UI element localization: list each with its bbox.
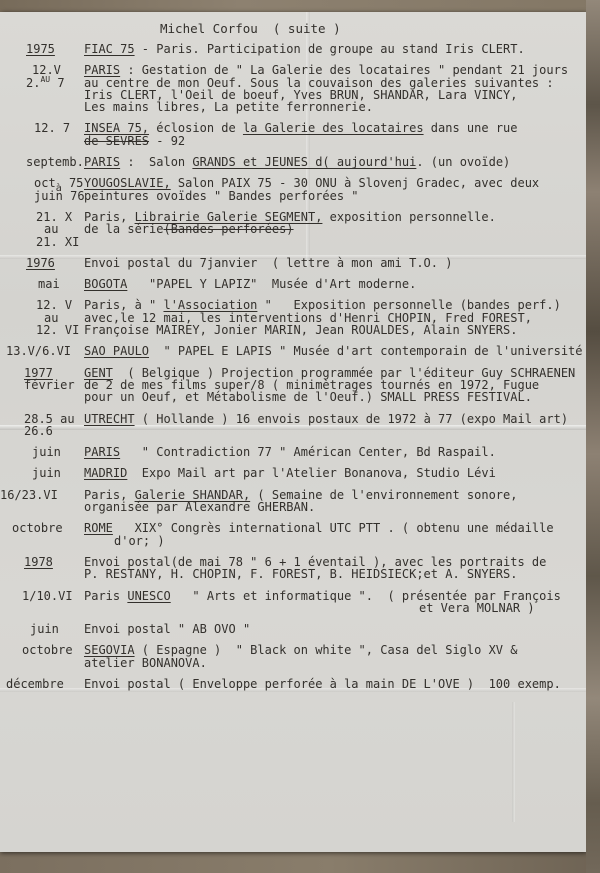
entry-content-line: UTRECHT ( Hollande ) 16 envois postaux d… bbox=[84, 413, 586, 425]
text-segment: Expo Mail art par l'Atelier Bonanova, St… bbox=[127, 466, 495, 480]
text-segment: organisée par Alexandre GHERBAN. bbox=[84, 500, 315, 514]
entry-date-line: 2.AU 7 bbox=[0, 77, 84, 89]
entry-content-column: Envoi postal(de mai 78 " 6 + 1 éventail … bbox=[84, 556, 586, 581]
entry-date-column: octobre bbox=[0, 644, 84, 669]
entry-content-line: atelier BONANOVA. bbox=[84, 657, 586, 669]
text-segment: SAO PAULO bbox=[84, 344, 149, 358]
text-segment: 13.V/6.VI bbox=[6, 344, 71, 358]
entry-content-column: Paris, Galerie SHANDAR, ( Semaine de l'e… bbox=[84, 489, 586, 514]
entry-date-column: 1976 bbox=[0, 257, 84, 269]
entry-content-column: SEGOVIA ( Espagne ) " Black on white ", … bbox=[84, 644, 586, 669]
text-segment: P. RESTANY, H. CHOPIN, F. FOREST, B. HEI… bbox=[84, 567, 517, 581]
entry-date-column: juin bbox=[0, 446, 84, 458]
entry-date-column: décembre bbox=[0, 678, 84, 690]
entry-date-column: 16/23.VI bbox=[0, 489, 84, 514]
entry-date-line: mai bbox=[0, 278, 84, 290]
entry-date-line: septemb. bbox=[0, 156, 84, 168]
text-segment: juin bbox=[32, 466, 61, 480]
chronology-entry: octobreROME XIX° Congrès international U… bbox=[0, 522, 586, 547]
entry-content-column: Envoi postal ( Enveloppe perforée à la m… bbox=[84, 678, 586, 690]
entry-content-line: pour un Oeuf, et Métabolisme de l'Oeuf.)… bbox=[84, 391, 586, 403]
entry-content-column: BOGOTA "PAPEL Y LAPIZ" Musée d'Art moder… bbox=[84, 278, 586, 290]
entry-date-column: 12. Vau12. VI bbox=[0, 299, 84, 336]
entry-content-column: SAO PAULO " PAPEL E LAPIS " Musée d'art … bbox=[84, 345, 586, 357]
text-segment: 1975 bbox=[26, 42, 55, 56]
chronology-entry: 1975FIAC 75 - Paris. Participation de gr… bbox=[0, 43, 586, 55]
chronology-entry: octà 75juin 76YOUGOSLAVIE, Salon PAIX 75… bbox=[0, 177, 586, 202]
text-segment: mai bbox=[38, 277, 60, 291]
text-segment: GRANDS et JEUNES d( aujourd'hui bbox=[192, 155, 416, 169]
entries-list: 1975FIAC 75 - Paris. Participation de gr… bbox=[0, 43, 586, 699]
text-segment: de SEVRES bbox=[84, 134, 149, 148]
text-segment: BOGOTA bbox=[84, 277, 127, 291]
entry-content-line: Envoi postal " AB OVO " bbox=[84, 623, 586, 635]
text-segment: juin bbox=[32, 445, 61, 459]
entry-date-line: octobre bbox=[0, 644, 84, 656]
entry-content-line: PARIS " Contradiction 77 " Américan Cent… bbox=[84, 446, 586, 458]
text-segment: PARIS bbox=[84, 445, 120, 459]
entry-date-line: juin bbox=[0, 446, 84, 458]
text-segment: exposition personnelle. bbox=[322, 210, 495, 224]
text-segment: 1978 bbox=[24, 555, 53, 569]
chronology-entry: 12. Vau12. VIParis, à " l'Association " … bbox=[0, 299, 586, 336]
text-segment: 21. XI bbox=[36, 235, 79, 249]
entry-date-line: 16/23.VI bbox=[0, 489, 84, 501]
entry-date-line: 13.V/6.VI bbox=[0, 345, 84, 357]
entry-content-line: SAO PAULO " PAPEL E LAPIS " Musée d'art … bbox=[84, 345, 586, 357]
entry-date-line: 1976 bbox=[0, 257, 84, 269]
entry-date-line: 1975 bbox=[0, 43, 84, 55]
entry-date-line: juin 76 bbox=[0, 190, 84, 202]
entry-date-column: septemb. bbox=[0, 156, 84, 168]
text-segment: ROME bbox=[84, 521, 113, 535]
text-segment: et Vera MOLNAR ) bbox=[419, 601, 535, 615]
entry-content-column: GENT ( Belgique ) Projection programmée … bbox=[84, 367, 586, 404]
text-segment: 16/23.VI bbox=[0, 488, 58, 502]
entry-date-column: 12.V2.AU 7 bbox=[0, 64, 84, 113]
entry-content-column: YOUGOSLAVIE, Salon PAIX 75 - 30 ONU à Sl… bbox=[84, 177, 586, 202]
text-segment: Françoise MAIREY, Jonier MARIN, Jean ROU… bbox=[84, 323, 517, 337]
entry-content-line: P. RESTANY, H. CHOPIN, F. FOREST, B. HEI… bbox=[84, 568, 586, 580]
text-segment: octobre bbox=[12, 521, 63, 535]
entry-content-line: et Vera MOLNAR ) bbox=[84, 602, 586, 614]
entry-date-column: 21. Xau21. XI bbox=[0, 211, 84, 248]
entry-content-column: Paris, Librairie Galerie SEGMENT, exposi… bbox=[84, 211, 586, 248]
text-segment: dans une rue bbox=[424, 121, 518, 135]
chronology-entry: octobreSEGOVIA ( Espagne ) " Black on wh… bbox=[0, 644, 586, 669]
entry-content-line: Envoi postal du 7janvier ( lettre à mon … bbox=[84, 257, 586, 269]
entry-content-line: BOGOTA "PAPEL Y LAPIZ" Musée d'Art moder… bbox=[84, 278, 586, 290]
text-segment: décembre bbox=[6, 677, 64, 691]
text-segment: septemb. bbox=[26, 155, 84, 169]
entry-content-line: FIAC 75 - Paris. Participation de groupe… bbox=[84, 43, 586, 55]
entry-date-column: octà 75juin 76 bbox=[0, 177, 84, 202]
entry-content-column: ROME XIX° Congrès international UTC PTT … bbox=[84, 522, 586, 547]
text-segment: atelier BONANOVA. bbox=[84, 656, 207, 670]
text-segment: février bbox=[24, 378, 75, 392]
text-segment: 12. 7 bbox=[34, 121, 70, 135]
chronology-entry: juinEnvoi postal " AB OVO " bbox=[0, 623, 586, 635]
chronology-entry: 1978Envoi postal(de mai 78 " 6 + 1 évent… bbox=[0, 556, 586, 581]
entry-content-column: INSEA 75, éclosion de la Galerie des loc… bbox=[84, 122, 586, 147]
text-segment: pour un Oeuf, et Métabolisme de l'Oeuf.)… bbox=[84, 390, 532, 404]
text-segment: 2. bbox=[26, 76, 40, 90]
entry-date-line: février bbox=[0, 379, 84, 391]
entry-date-column: 1/10.VI bbox=[0, 590, 84, 615]
text-segment: octobre bbox=[22, 643, 73, 657]
scan-background-top bbox=[0, 0, 600, 12]
text-segment: . (un ovoïde) bbox=[416, 155, 510, 169]
text-segment: XIX° Congrès international UTC PTT . ( o… bbox=[113, 521, 554, 535]
entry-date-column: octobre bbox=[0, 522, 84, 547]
entry-content-column: PARIS : Salon GRANDS et JEUNES d( aujour… bbox=[84, 156, 586, 168]
entry-date-line: 21. XI bbox=[0, 236, 84, 248]
chronology-entry: 16/23.VIParis, Galerie SHANDAR, ( Semain… bbox=[0, 489, 586, 514]
entry-date-column: juin bbox=[0, 623, 84, 635]
paper-crease-vertical-2 bbox=[512, 702, 515, 822]
entry-date-line: 1/10.VI bbox=[0, 590, 84, 602]
entry-content-column: Envoi postal du 7janvier ( lettre à mon … bbox=[84, 257, 586, 269]
entry-date-column: 1978 bbox=[0, 556, 84, 581]
text-segment: AU bbox=[40, 75, 50, 84]
entry-date-column: juin bbox=[0, 467, 84, 479]
chronology-entry: 1977févrierGENT ( Belgique ) Projection … bbox=[0, 367, 586, 404]
entry-date-column: mai bbox=[0, 278, 84, 290]
entry-content-line: PARIS : Salon GRANDS et JEUNES d( aujour… bbox=[84, 156, 586, 168]
entry-content-column: Envoi postal " AB OVO " bbox=[84, 623, 586, 635]
entry-content-line: de la série(Bandes perforées) bbox=[84, 223, 586, 235]
text-segment: Les mains libres, La petite ferronnerie. bbox=[84, 100, 373, 114]
chronology-entry: 13.V/6.VISAO PAULO " PAPEL E LAPIS " Mus… bbox=[0, 345, 586, 357]
text-segment: - 92 bbox=[149, 134, 185, 148]
text-segment: la Galerie des locataires bbox=[243, 121, 424, 135]
entry-date-line: décembre bbox=[0, 678, 84, 690]
text-segment: UTRECHT bbox=[84, 412, 135, 426]
entry-content-column: PARIS : Gestation de " La Galerie des lo… bbox=[84, 64, 586, 113]
text-segment: MADRID bbox=[84, 466, 127, 480]
text-segment: juin bbox=[30, 622, 59, 636]
text-segment: 26.6 bbox=[24, 424, 53, 438]
text-segment: - Paris. Participation de groupe au stan… bbox=[135, 42, 525, 56]
entry-content-line: MADRID Expo Mail art par l'Atelier Bonan… bbox=[84, 467, 586, 479]
chronology-entry: 1976Envoi postal du 7janvier ( lettre à … bbox=[0, 257, 586, 269]
entry-date-column: 13.V/6.VI bbox=[0, 345, 84, 357]
chronology-entry: maiBOGOTA "PAPEL Y LAPIZ" Musée d'Art mo… bbox=[0, 278, 586, 290]
entry-date-line: 12. VI bbox=[0, 324, 84, 336]
text-segment: " PAPEL E LAPIS " Musée d'art contempora… bbox=[149, 344, 582, 358]
chronology-entry: 21. Xau21. XIParis, Librairie Galerie SE… bbox=[0, 211, 586, 248]
text-segment: Paris bbox=[84, 589, 127, 603]
entry-content-line: Les mains libres, La petite ferronnerie. bbox=[84, 101, 586, 113]
entry-content-column: FIAC 75 - Paris. Participation de groupe… bbox=[84, 43, 586, 55]
entry-content-line: peintures ovoïdes " Bandes perforées " bbox=[84, 190, 586, 202]
text-segment: " Contradiction 77 " Américan Center, Bd… bbox=[120, 445, 496, 459]
chronology-entry: 12. 7INSEA 75, éclosion de la Galerie de… bbox=[0, 122, 586, 147]
entry-date-line: 12. 7 bbox=[0, 122, 84, 134]
text-segment: 1/10.VI bbox=[22, 589, 73, 603]
text-segment: peintures ovoïdes " Bandes perforées " bbox=[84, 189, 359, 203]
entry-content-line: Françoise MAIREY, Jonier MARIN, Jean ROU… bbox=[84, 324, 586, 336]
scan-background-bottom bbox=[0, 852, 600, 873]
entry-date-line: 26.6 bbox=[0, 425, 84, 437]
text-segment: UNESCO bbox=[127, 589, 170, 603]
entry-date-column: 12. 7 bbox=[0, 122, 84, 147]
chronology-entry: juinMADRID Expo Mail art par l'Atelier B… bbox=[0, 467, 586, 479]
text-segment: Envoi postal ( Enveloppe perforée à la m… bbox=[84, 677, 561, 691]
entry-date-line: 12. V bbox=[0, 299, 84, 311]
entry-date-column: 28.5 au26.6 bbox=[0, 413, 84, 438]
text-segment: : Salon bbox=[120, 155, 192, 169]
text-segment: 7 bbox=[50, 76, 64, 90]
text-segment: FIAC 75 bbox=[84, 42, 135, 56]
page-title: Michel Corfou ( suite ) bbox=[160, 21, 341, 36]
entry-content-line: Envoi postal ( Enveloppe perforée à la m… bbox=[84, 678, 586, 690]
chronology-entry: juinPARIS " Contradiction 77 " Américan … bbox=[0, 446, 586, 458]
text-segment: Envoi postal du 7janvier ( lettre à mon … bbox=[84, 256, 452, 270]
entry-date-line: juin bbox=[0, 623, 84, 635]
text-segment: ( Hollande ) 16 envois postaux de 1972 à… bbox=[135, 412, 568, 426]
chronology-entry: 12.V2.AU 7PARIS : Gestation de " La Gale… bbox=[0, 64, 586, 113]
entry-date-line: juin bbox=[0, 467, 84, 479]
entry-date-line: 1978 bbox=[0, 556, 84, 568]
entry-content-line: d'or; ) bbox=[84, 535, 586, 547]
text-segment: 1976 bbox=[26, 256, 55, 270]
text-segment: Envoi postal " AB OVO " bbox=[84, 622, 250, 636]
chronology-entry: décembreEnvoi postal ( Enveloppe perforé… bbox=[0, 678, 586, 690]
text-segment: d'or; ) bbox=[114, 534, 165, 548]
entry-date-column: 1975 bbox=[0, 43, 84, 55]
text-segment: de la série bbox=[84, 222, 163, 236]
entry-content-column: MADRID Expo Mail art par l'Atelier Bonan… bbox=[84, 467, 586, 479]
document-paper: Michel Corfou ( suite ) 1975FIAC 75 - Pa… bbox=[0, 12, 586, 852]
entry-content-line: organisée par Alexandre GHERBAN. bbox=[84, 501, 586, 513]
entry-content-column: PARIS " Contradiction 77 " Américan Cent… bbox=[84, 446, 586, 458]
text-segment: juin 76 bbox=[34, 189, 85, 203]
text-segment: PARIS bbox=[84, 155, 120, 169]
entry-content-column: Paris UNESCO " Arts et informatique ". (… bbox=[84, 590, 586, 615]
entry-content-column: Paris, à " l'Association " Exposition pe… bbox=[84, 299, 586, 336]
entry-content-line: de SEVRES - 92 bbox=[84, 135, 586, 147]
scan-background-right bbox=[586, 0, 600, 873]
scanned-document-photo: Michel Corfou ( suite ) 1975FIAC 75 - Pa… bbox=[0, 0, 600, 873]
entry-date-line: octobre bbox=[0, 522, 84, 534]
text-segment: "PAPEL Y LAPIZ" Musée d'Art moderne. bbox=[127, 277, 416, 291]
entry-date-column: 1977février bbox=[0, 367, 84, 404]
entry-date-line: 21. X bbox=[0, 211, 84, 223]
chronology-entry: septemb.PARIS : Salon GRANDS et JEUNES d… bbox=[0, 156, 586, 168]
text-segment: (Bandes perforées) bbox=[163, 222, 293, 236]
chronology-entry: 1/10.VIParis UNESCO " Arts et informatiq… bbox=[0, 590, 586, 615]
entry-content-column: UTRECHT ( Hollande ) 16 envois postaux d… bbox=[84, 413, 586, 438]
chronology-entry: 28.5 au26.6UTRECHT ( Hollande ) 16 envoi… bbox=[0, 413, 586, 438]
text-segment: 12. VI bbox=[36, 323, 79, 337]
